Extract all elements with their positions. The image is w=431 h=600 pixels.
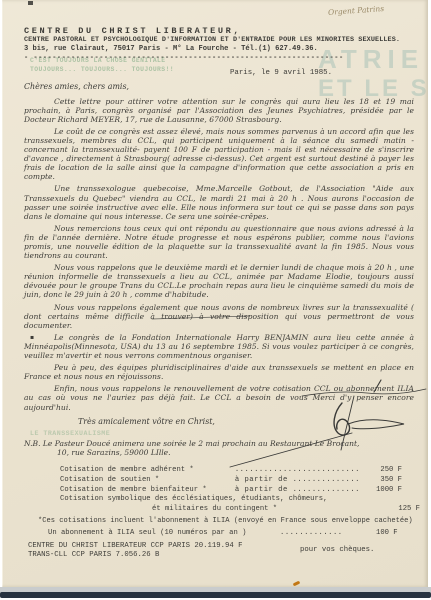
fee-amount: 1000 F	[360, 486, 402, 496]
subscription-amount: 100 F	[376, 529, 416, 537]
fee-label: Cotisation de soutien *	[60, 476, 220, 486]
fee-label: Cotisation de membre bienfaiteur *	[60, 486, 220, 496]
paragraph-2: Le coût de ce congrès est assez élevé, m…	[24, 127, 414, 182]
paragraph-6: Nous vous rappelons également que nous a…	[24, 303, 414, 330]
typed-divider: - --------------------------------------…	[24, 55, 420, 62]
fees-footnote: *Ces cotisations incluent l'abonnement à…	[38, 517, 420, 525]
fees-table: Cotisation de membre adhérent * ........…	[60, 466, 420, 514]
org-name: CENTRE DU CHRIST LIBERATEUR,	[24, 26, 420, 36]
paragraph-8: Peu à peu, des équipes pluridisciplinair…	[24, 363, 414, 381]
fee-dots: ..........................	[220, 466, 360, 476]
nb-line2: 10, rue Sarazins, 59000 LIlle.	[57, 448, 420, 457]
scan-edge-bar	[0, 592, 431, 598]
org-address: 3 bis, rue Clairaut, 75017 Paris - M° La…	[24, 45, 420, 54]
fee-row-symbolique: Cotisation symbolique des écclésiatiques…	[60, 495, 420, 514]
fee-amount: 350 F	[360, 476, 402, 486]
paragraph-4: Nous remercions tous ceux qui ont répond…	[24, 224, 414, 260]
fee-label: Cotisation de membre adhérent *	[60, 466, 220, 476]
letter-content: CENTRE DU CHRIST LIBERATEUR, CENTRE PAST…	[2, 0, 428, 560]
closing-line: Très amicalement vôtre en Christ,	[78, 417, 420, 426]
paragraph-7-text: Le congrès de la Fondation International…	[24, 333, 414, 360]
subscription-row: Un abonnement à ILIA seul (10 numéros pa…	[48, 529, 420, 537]
letter-body: Chères amies, chers amis, Cette lettre p…	[24, 82, 420, 458]
paragraph-7: ▪Le congrès de la Fondation Internationa…	[24, 333, 414, 360]
paragraph-5: Nous vous rappelons que le deuxième mard…	[24, 263, 414, 299]
footer-cheques-note: pour vos chèques.	[300, 546, 374, 555]
fee-amount: 125 F	[398, 505, 420, 515]
scanned-letter-page: { "annotation_handwritten": "Orgent Patr…	[0, 0, 431, 600]
fee-row-soutien: Cotisation de soutien * à partir de ....…	[60, 476, 420, 486]
margin-mark: ▪	[30, 333, 34, 342]
fee-label-line1: Cotisation symbolique des écclésiatiques…	[60, 495, 420, 505]
nb-note: N.B. Le Pasteur Doucé animera une soirée…	[24, 439, 420, 458]
fee-label-line2: ét militaires du contingent *	[152, 505, 420, 515]
subscription-dots: .............	[280, 529, 376, 537]
letter-paper: ATRIE ET LE SEXE C'EST TOUJOURS LA CHOSE…	[2, 0, 428, 587]
org-subtitle: CENTRE PASTORAL ET PSYCHOLOGIQUE D'INFOR…	[24, 36, 420, 45]
nb-line1: N.B. Le Pasteur Doucé animera une soirée…	[24, 439, 420, 448]
paragraph-3: Une transsexologue quebecoise, Mme.Marce…	[24, 184, 414, 220]
fee-dots: à partir de ..............	[220, 476, 360, 486]
fee-amount: 250 F	[360, 466, 402, 476]
dateline: Paris, le 9 avril 1985.	[230, 69, 420, 77]
paragraph-9: Enfin, nous vous rappelons le renouvelle…	[24, 384, 414, 411]
salutation: Chères amies, chers amis,	[24, 82, 420, 91]
paragraph-1: Cette lettre pour attirer votre attentio…	[24, 97, 414, 124]
footer-bank-details: CENTRE DU CHRIST LIBERATEUR CCP PARIS 20…	[28, 542, 420, 560]
subscription-label: Un abonnement à ILIA seul (10 numéros pa…	[48, 529, 280, 537]
fee-row-bienfaiteur: Cotisation de membre bienfaiteur * à par…	[60, 486, 420, 496]
fee-row-adherent: Cotisation de membre adhérent * ........…	[60, 466, 420, 476]
fee-dots: à partir de ..............	[220, 486, 360, 496]
